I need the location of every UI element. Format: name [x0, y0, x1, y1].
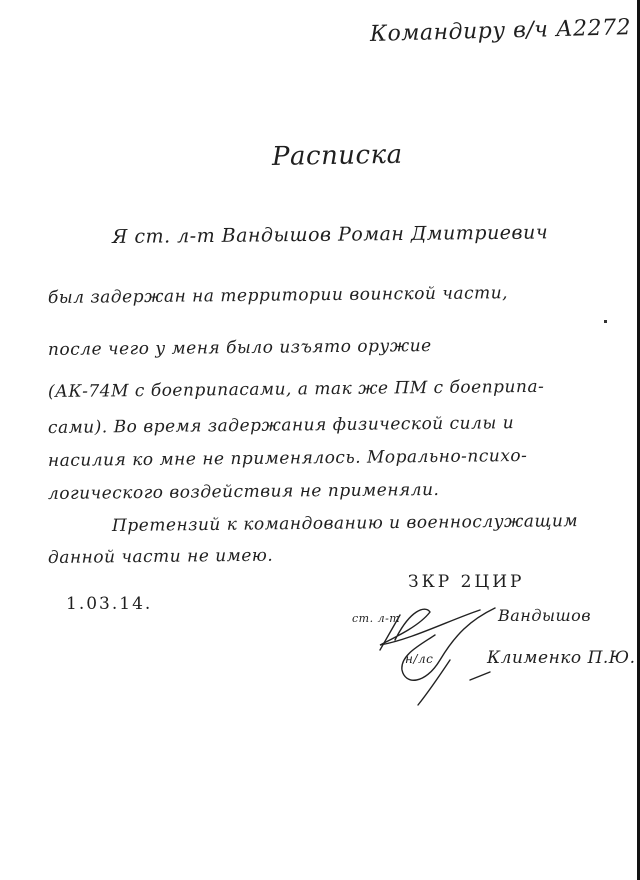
scan-speck: [604, 320, 607, 323]
scanned-document-page: Командиру в/ч А2272 Расписка Я ст. л-т В…: [0, 0, 640, 880]
document-date: 1.03.14.: [66, 594, 152, 614]
addressee-line: Командиру в/ч А2272: [370, 15, 632, 47]
body-line: был задержан на территории воинской част…: [48, 283, 508, 308]
signature-scribble-icon: [340, 600, 540, 710]
body-line: Претензий к командованию и военнослужащи…: [112, 511, 578, 536]
unit-designation: ЗКР 2ЦИР: [408, 572, 525, 592]
body-line: данной части не имею.: [48, 546, 273, 568]
document-title: Расписка: [272, 140, 403, 172]
body-line: сами). Во время задержания физической си…: [48, 413, 514, 438]
body-line: логического воздействия не применяли.: [48, 480, 440, 504]
body-line: после чего у меня было изъято оружие: [48, 336, 432, 360]
body-line: Я ст. л-т Вандышов Роман Дмитриевич: [112, 221, 548, 248]
body-line: насилия ко мне не применялось. Морально-…: [48, 446, 528, 471]
body-line: (АК-74М с боеприпасами, а так же ПМ с бо…: [48, 377, 544, 402]
